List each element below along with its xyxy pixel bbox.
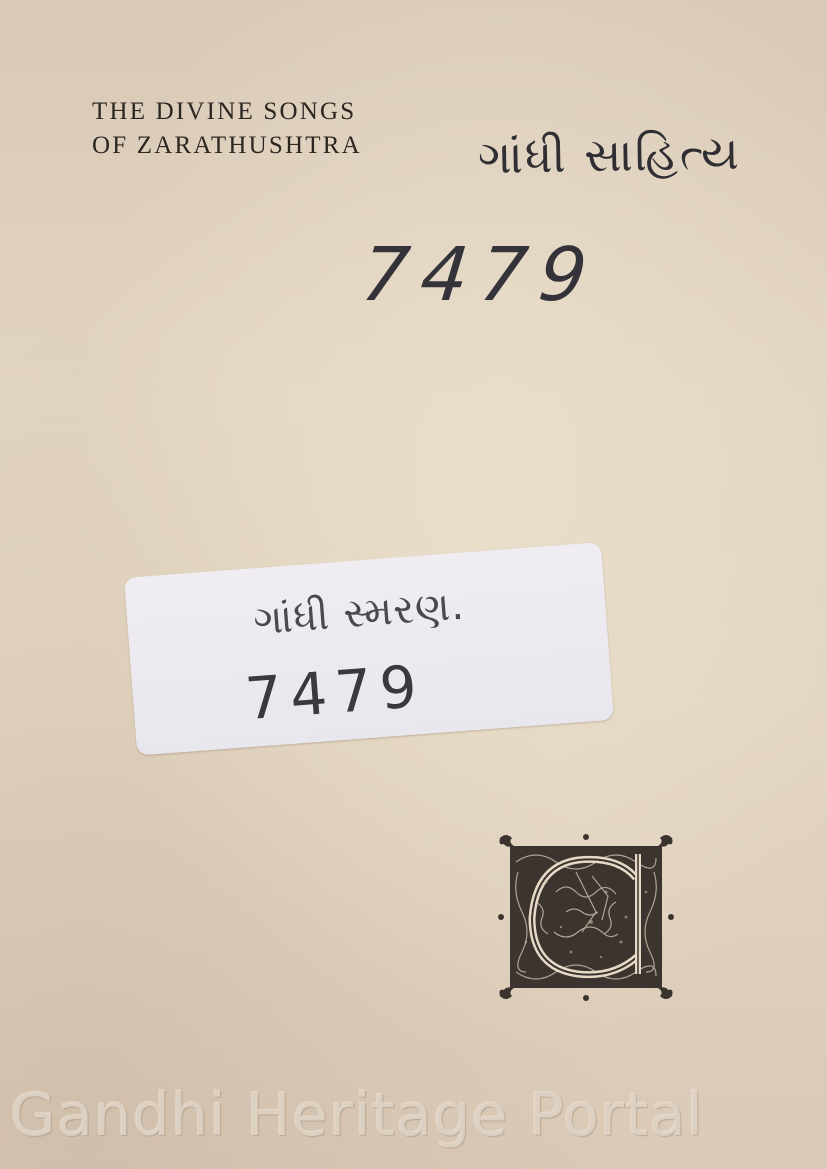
book-title-line-1: THE DIVINE SONGS [92, 95, 362, 129]
book-title-line-2: OF ZARATHUSHTRA [92, 129, 362, 163]
handwritten-gujarati-label: ગાંધી સાહિત્ય [478, 126, 742, 187]
book-title-page: THE DIVINE SONGS OF ZARATHUSHTRA ગાંધી સ… [0, 0, 827, 1169]
portal-watermark: Gandhi Heritage Portal [10, 1080, 704, 1149]
book-title: THE DIVINE SONGS OF ZARATHUSHTRA [92, 95, 362, 163]
sticker-gujarati-label: ગાંધી સ્મરણ. [252, 583, 466, 645]
handwritten-accession-number: 7479 [357, 232, 602, 318]
sticker-accession-number: 7479 [243, 652, 427, 733]
library-sticker: ગાંધી સ્મરણ. 7479 [124, 542, 614, 755]
woodcut-initial-ornament-icon [496, 832, 676, 1002]
